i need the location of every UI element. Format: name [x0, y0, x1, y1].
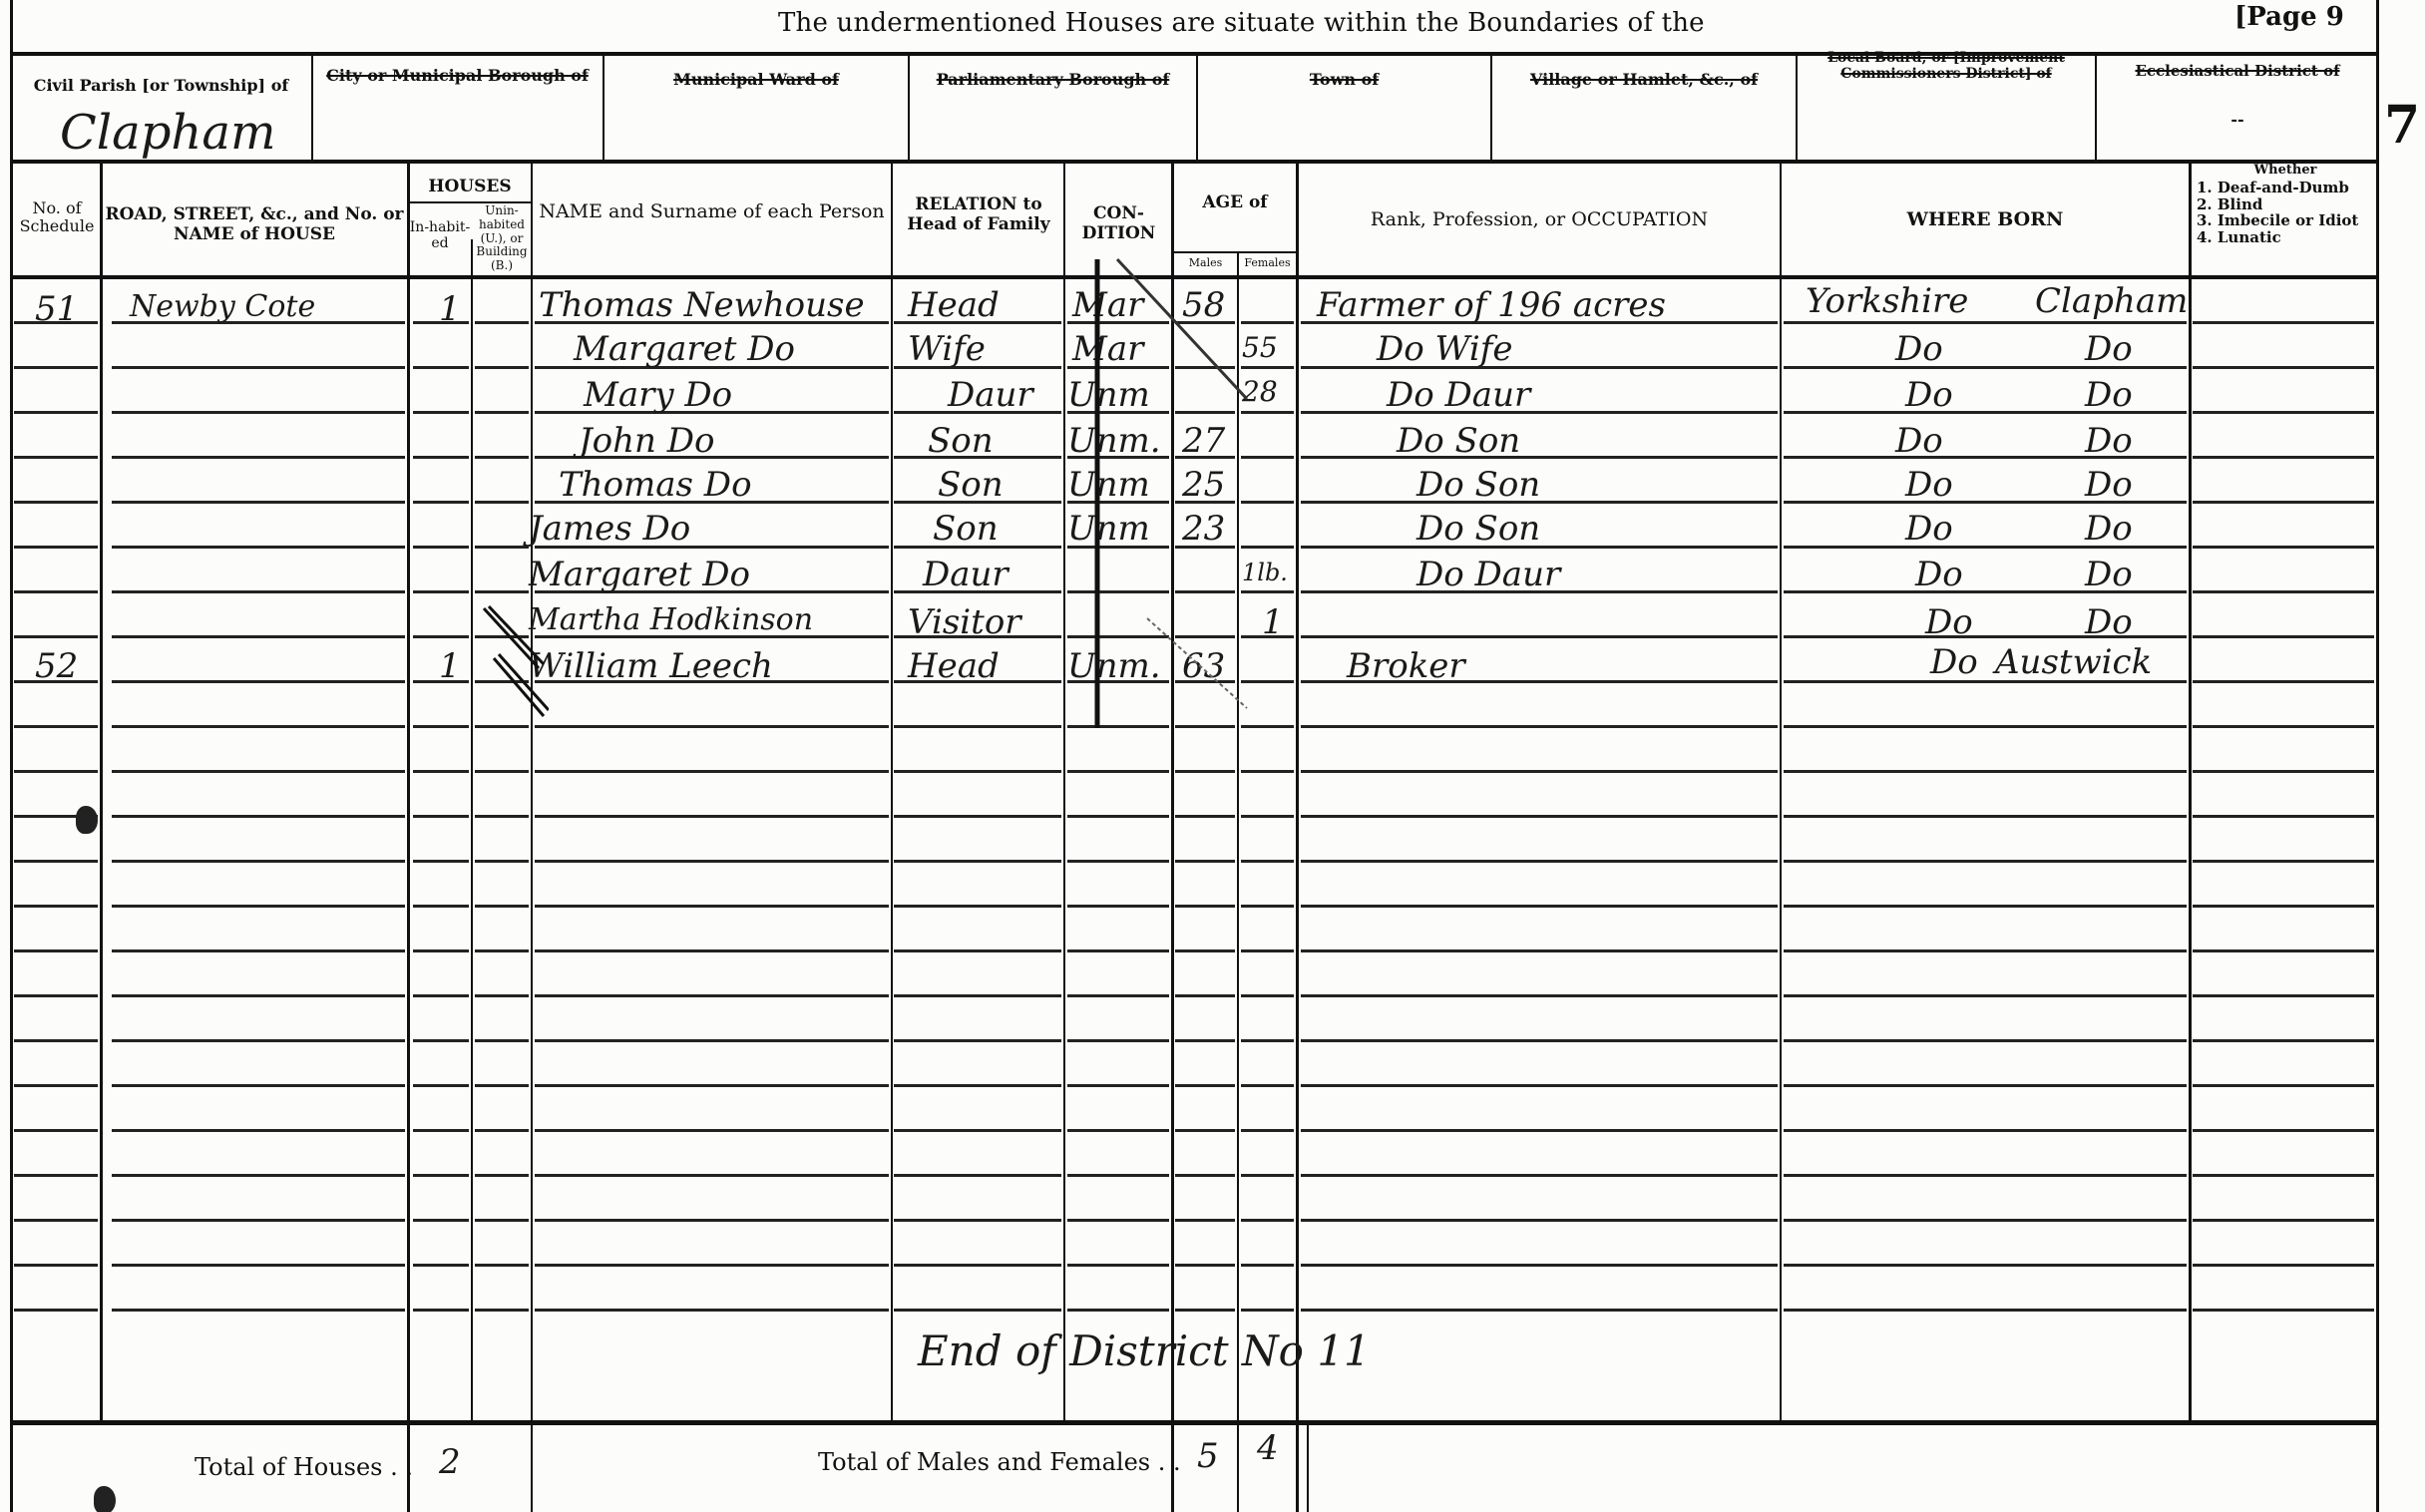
- row-rule: [1301, 366, 1778, 369]
- row-rule: [2193, 770, 2374, 773]
- row-rule: [1175, 994, 1235, 997]
- folio-number: 71: [2384, 95, 2425, 156]
- row-rule: [1175, 1174, 1235, 1177]
- row-rule: [2193, 635, 2374, 638]
- rule: [1296, 164, 1299, 1512]
- infirmity-option: 2. Blind: [2197, 196, 2381, 213]
- row-rule: [1067, 994, 1169, 997]
- row-rule: [894, 725, 1061, 728]
- row-rule: [413, 1084, 469, 1087]
- row-rule: [475, 546, 529, 549]
- row-rule: [14, 860, 98, 863]
- row-rule: [894, 1174, 1061, 1177]
- row-rule: [2193, 905, 2374, 908]
- row-rule: [2193, 546, 2374, 549]
- row-rule: [1301, 905, 1778, 908]
- rule: [311, 56, 313, 162]
- born-parish: Do: [2085, 329, 2133, 369]
- row-rule: [1175, 905, 1235, 908]
- rule: [2095, 56, 2097, 162]
- row-rule: [1241, 1039, 1294, 1042]
- row-rule: [1241, 1174, 1294, 1177]
- rule: [2189, 164, 2192, 1422]
- relation: Daur: [948, 375, 1033, 415]
- row-rule: [112, 635, 405, 638]
- rule: [1196, 56, 1198, 162]
- born-parish: Do: [2085, 555, 2133, 594]
- col-header-relation: RELATION to Head of Family: [894, 195, 1063, 234]
- row-rule: [1784, 815, 2187, 818]
- row-rule: [112, 1264, 405, 1267]
- person-name: Thomas Newhouse: [539, 285, 865, 325]
- total-houses-label: Total of Houses . .: [195, 1453, 413, 1481]
- row-rule: [475, 1129, 529, 1132]
- row-rule: [413, 994, 469, 997]
- row-rule: [1301, 725, 1778, 728]
- row-rule: [2193, 725, 2374, 728]
- inhabited-count: 1: [439, 646, 461, 686]
- row-rule: [112, 546, 405, 549]
- row-rule: [1067, 1219, 1169, 1222]
- row-rule: [14, 1219, 98, 1222]
- col-header-schedule: No. of Schedule: [14, 199, 100, 236]
- row-rule: [112, 815, 405, 818]
- row-rule: [112, 1129, 405, 1132]
- row-rule: [1784, 905, 2187, 908]
- row-rule: [535, 725, 889, 728]
- row-rule: [1784, 1084, 2187, 1087]
- col-header-road: ROAD, STREET, &c., and No. or NAME of HO…: [104, 205, 405, 244]
- ink-blot: [94, 1486, 116, 1512]
- row-rule: [1067, 1264, 1169, 1267]
- row-rule: [2193, 949, 2374, 952]
- rule: [908, 56, 910, 162]
- row-rule: [112, 590, 405, 593]
- rule: [1307, 1420, 1309, 1512]
- row-rule: [894, 1264, 1061, 1267]
- row-rule: [2193, 1174, 2374, 1177]
- occupation: Do Daur: [1387, 375, 1530, 415]
- row-rule: [2193, 501, 2374, 504]
- row-rule: [1301, 815, 1778, 818]
- row-rule: [2193, 815, 2374, 818]
- born-parish: Austwick: [1995, 642, 2152, 682]
- row-rule: [2193, 411, 2374, 414]
- row-rule: [894, 1219, 1061, 1222]
- born-parish: Do: [2085, 509, 2133, 549]
- occupation: Do Son: [1416, 509, 1540, 549]
- row-rule: [14, 1084, 98, 1087]
- row-rule: [112, 501, 405, 504]
- row-rule: [475, 1174, 529, 1177]
- row-rule: [1301, 994, 1778, 997]
- place-town-label: Town of: [1200, 70, 1488, 89]
- row-rule: [1784, 860, 2187, 863]
- infirmity-option: 3. Imbecile or Idiot: [2197, 212, 2381, 229]
- occupation: Broker: [1347, 646, 1465, 686]
- row-rule: [1784, 770, 2187, 773]
- row-rule: [2193, 1264, 2374, 1267]
- row-rule: [112, 770, 405, 773]
- born-county: Do: [1930, 642, 1978, 682]
- relation: Wife: [908, 329, 986, 369]
- row-rule: [2193, 1039, 2374, 1042]
- row-rule: [112, 366, 405, 369]
- row-rule: [1241, 1129, 1294, 1132]
- row-rule: [475, 1309, 529, 1312]
- row-rule: [112, 860, 405, 863]
- schedule-number: 52: [35, 646, 78, 686]
- row-rule: [1175, 1309, 1235, 1312]
- relation: Head: [908, 646, 1000, 686]
- total-females-value: 4: [1257, 1428, 1279, 1468]
- born-parish: Do: [2085, 465, 2133, 505]
- row-rule: [535, 949, 889, 952]
- row-rule: [894, 1129, 1061, 1132]
- row-rule: [475, 815, 529, 818]
- row-rule: [1241, 949, 1294, 952]
- row-rule: [894, 815, 1061, 818]
- infirmity-option: 1. Deaf-and-Dumb: [2197, 180, 2381, 196]
- row-rule: [1301, 949, 1778, 952]
- row-rule: [1784, 321, 2187, 324]
- occupation: Do Wife: [1377, 329, 1512, 369]
- col-header-occupation: Rank, Profession, or OCCUPATION: [1299, 209, 1780, 231]
- col-header-name: NAME and Surname of each Person: [535, 201, 889, 223]
- rule: [603, 56, 605, 162]
- row-rule: [1241, 905, 1294, 908]
- ink-blot: [76, 806, 98, 834]
- rule: [1796, 56, 1798, 162]
- rule: [10, 160, 2379, 164]
- total-males-value: 5: [1197, 1436, 1219, 1476]
- born-county: Do: [1905, 509, 1953, 549]
- row-rule: [1241, 770, 1294, 773]
- infirmity-option: 4. Lunatic: [2197, 229, 2381, 246]
- row-rule: [1301, 456, 1778, 459]
- census-page: The undermentioned Houses are situate wi…: [0, 0, 2425, 1512]
- row-rule: [535, 994, 889, 997]
- end-of-district-note: End of District No 11: [918, 1326, 1371, 1375]
- row-rule: [413, 905, 469, 908]
- place-civil-parish-value: Clapham: [60, 105, 275, 161]
- row-rule: [413, 770, 469, 773]
- schedule-number: 51: [35, 289, 78, 329]
- page-number: [Page 9: [2234, 2, 2344, 32]
- row-rule: [2193, 1219, 2374, 1222]
- rule: [1780, 164, 1782, 1422]
- rule: [407, 164, 410, 1512]
- row-rule: [475, 725, 529, 728]
- row-rule: [1067, 815, 1169, 818]
- row-rule: [112, 949, 405, 952]
- row-rule: [1067, 1309, 1169, 1312]
- row-rule: [894, 1084, 1061, 1087]
- row-rule: [1175, 1084, 1235, 1087]
- row-rule: [1301, 1084, 1778, 1087]
- row-rule: [2193, 321, 2374, 324]
- row-rule: [2193, 366, 2374, 369]
- row-rule: [413, 590, 469, 593]
- house-name: Newby Cote: [130, 289, 315, 324]
- row-rule: [112, 1219, 405, 1222]
- row-rule: [475, 411, 529, 414]
- row-rule: [1067, 905, 1169, 908]
- row-rule: [14, 546, 98, 549]
- row-rule: [1241, 1219, 1294, 1222]
- row-rule: [894, 770, 1061, 773]
- enumerator-check-marks: [1087, 239, 1287, 738]
- row-rule: [894, 994, 1061, 997]
- row-rule: [1301, 770, 1778, 773]
- row-rule: [535, 1084, 889, 1087]
- relation: Head: [908, 285, 1000, 325]
- row-rule: [112, 680, 405, 683]
- row-rule: [475, 905, 529, 908]
- row-rule: [475, 860, 529, 863]
- row-rule: [894, 1039, 1061, 1042]
- row-rule: [475, 456, 529, 459]
- row-rule: [14, 635, 98, 638]
- row-rule: [1301, 411, 1778, 414]
- row-rule: [475, 501, 529, 504]
- row-rule: [475, 321, 529, 324]
- born-parish: Do: [2085, 602, 2133, 642]
- row-rule: [1067, 860, 1169, 863]
- person-name: John Do: [579, 421, 714, 461]
- row-rule: [413, 1129, 469, 1132]
- row-rule: [1301, 1129, 1778, 1132]
- row-rule: [112, 411, 405, 414]
- row-rule: [1241, 994, 1294, 997]
- row-rule: [14, 1309, 98, 1312]
- row-rule: [413, 635, 469, 638]
- row-rule: [1067, 770, 1169, 773]
- row-rule: [1175, 949, 1235, 952]
- row-rule: [475, 1039, 529, 1042]
- born-parish: Do: [2085, 375, 2133, 415]
- row-rule: [1784, 725, 2187, 728]
- row-rule: [413, 1264, 469, 1267]
- row-rule: [413, 1039, 469, 1042]
- col-header-where-born: WHERE BORN: [1782, 209, 2189, 231]
- row-rule: [475, 590, 529, 593]
- row-rule: [1301, 1039, 1778, 1042]
- person-name: Mary Do: [584, 375, 732, 415]
- row-rule: [112, 456, 405, 459]
- row-rule: [413, 366, 469, 369]
- household-separator-marks: [479, 598, 549, 718]
- rule: [100, 164, 103, 1422]
- born-county: Do: [1915, 555, 1963, 594]
- occupation: Farmer of 196 acres: [1317, 285, 1666, 325]
- row-rule: [2193, 680, 2374, 683]
- row-rule: [1784, 1309, 2187, 1312]
- row-rule: [14, 770, 98, 773]
- row-rule: [535, 860, 889, 863]
- row-rule: [413, 725, 469, 728]
- rule: [10, 1420, 2379, 1425]
- occupation: Do Son: [1416, 465, 1540, 505]
- row-rule: [14, 905, 98, 908]
- row-rule: [2193, 590, 2374, 593]
- row-rule: [1241, 860, 1294, 863]
- row-rule: [413, 456, 469, 459]
- row-rule: [1067, 1174, 1169, 1177]
- inhabited-count: 1: [439, 289, 461, 329]
- row-rule: [14, 590, 98, 593]
- born-parish: Clapham: [2035, 281, 2188, 321]
- row-rule: [112, 1174, 405, 1177]
- row-rule: [1175, 815, 1235, 818]
- row-rule: [112, 725, 405, 728]
- place-civil-parish-label: Civil Parish [or Township] of: [14, 76, 308, 95]
- row-rule: [1241, 1309, 1294, 1312]
- relation: Visitor: [908, 602, 1021, 642]
- row-rule: [1067, 1039, 1169, 1042]
- row-rule: [1175, 860, 1235, 863]
- row-rule: [413, 1309, 469, 1312]
- row-rule: [1175, 1129, 1235, 1132]
- row-rule: [535, 1039, 889, 1042]
- col-header-infirmity-title: Whether: [2192, 164, 2379, 179]
- row-rule: [413, 411, 469, 414]
- row-rule: [14, 366, 98, 369]
- place-village-label: Village or Hamlet, &c., of: [1494, 70, 1794, 89]
- col-header-inhabited: In-habit-ed: [409, 219, 471, 251]
- col-header-condition: CON-DITION: [1066, 204, 1171, 243]
- row-rule: [1784, 1219, 2187, 1222]
- row-rule: [475, 1264, 529, 1267]
- relation: Daur: [923, 555, 1009, 594]
- row-rule: [475, 949, 529, 952]
- row-rule: [413, 501, 469, 504]
- person-name: Thomas Do: [559, 465, 752, 505]
- row-rule: [14, 1264, 98, 1267]
- rule: [471, 239, 473, 1422]
- place-local-board-label: Local Board, or [Improvement Commissione…: [1800, 50, 2093, 82]
- row-rule: [14, 411, 98, 414]
- row-rule: [2193, 456, 2374, 459]
- row-rule: [413, 815, 469, 818]
- row-rule: [1301, 1264, 1778, 1267]
- row-rule: [112, 1309, 405, 1312]
- row-rule: [535, 1219, 889, 1222]
- row-rule: [1301, 1309, 1778, 1312]
- born-county: Do: [1925, 602, 1973, 642]
- row-rule: [535, 1174, 889, 1177]
- born-county: Do: [1895, 329, 1943, 369]
- rule: [1490, 56, 1492, 162]
- row-rule: [14, 994, 98, 997]
- row-rule: [1067, 949, 1169, 952]
- born-county: Do: [1905, 375, 1953, 415]
- row-rule: [1784, 994, 2187, 997]
- row-rule: [1241, 1084, 1294, 1087]
- row-rule: [1784, 1039, 2187, 1042]
- rule: [531, 164, 533, 1512]
- row-rule: [475, 366, 529, 369]
- row-rule: [413, 949, 469, 952]
- row-rule: [413, 1174, 469, 1177]
- row-rule: [112, 994, 405, 997]
- row-rule: [1175, 1039, 1235, 1042]
- row-rule: [1241, 815, 1294, 818]
- place-ecclesiastical-label: Ecclesiastical District of: [2099, 62, 2376, 80]
- row-rule: [1175, 770, 1235, 773]
- row-rule: [475, 1219, 529, 1222]
- row-rule: [535, 905, 889, 908]
- row-rule: [112, 905, 405, 908]
- row-rule: [475, 1084, 529, 1087]
- relation: Son: [933, 509, 999, 549]
- row-rule: [413, 546, 469, 549]
- row-rule: [1301, 635, 1778, 638]
- row-rule: [2193, 1309, 2374, 1312]
- col-header-infirmity-list: 1. Deaf-and-Dumb 2. Blind 3. Imbecile or…: [2197, 180, 2381, 245]
- person-name: James Do: [529, 509, 690, 549]
- born-parish: Do: [2085, 421, 2133, 461]
- total-houses-value: 2: [439, 1442, 461, 1482]
- row-rule: [2193, 994, 2374, 997]
- row-rule: [1175, 1219, 1235, 1222]
- row-rule: [1784, 1129, 2187, 1132]
- relation: Son: [938, 465, 1004, 505]
- row-rule: [14, 1039, 98, 1042]
- row-rule: [1067, 1129, 1169, 1132]
- row-rule: [535, 1129, 889, 1132]
- row-rule: [1241, 1264, 1294, 1267]
- row-rule: [1175, 1264, 1235, 1267]
- row-rule: [535, 1309, 889, 1312]
- person-name: Margaret Do: [574, 329, 795, 369]
- row-rule: [14, 725, 98, 728]
- total-persons-label: Total of Males and Females . .: [818, 1448, 1181, 1476]
- row-rule: [2193, 1084, 2374, 1087]
- row-rule: [413, 860, 469, 863]
- row-rule: [535, 770, 889, 773]
- row-rule: [112, 1084, 405, 1087]
- col-header-uninhabited: Unin-habited (U.), or Building (B.): [473, 204, 531, 273]
- person-name: Martha Hodkinson: [529, 602, 813, 637]
- row-rule: [112, 1039, 405, 1042]
- row-rule: [1784, 949, 2187, 952]
- place-municipal-ward-label: Municipal Ward of: [606, 70, 906, 89]
- place-parliamentary-borough-label: Parliamentary Borough of: [912, 70, 1194, 89]
- born-county: Yorkshire: [1806, 281, 1968, 321]
- row-rule: [535, 1264, 889, 1267]
- row-rule: [14, 501, 98, 504]
- row-rule: [2193, 860, 2374, 863]
- occupation: Do Son: [1397, 421, 1520, 461]
- born-county: Do: [1905, 465, 1953, 505]
- row-rule: [535, 815, 889, 818]
- occupation: Do Daur: [1416, 555, 1560, 594]
- row-rule: [14, 949, 98, 952]
- page-title: The undermentioned Houses are situate wi…: [778, 8, 1705, 38]
- row-rule: [1301, 1174, 1778, 1177]
- row-rule: [2193, 1129, 2374, 1132]
- row-rule: [475, 994, 529, 997]
- row-rule: [413, 1219, 469, 1222]
- row-rule: [1784, 1264, 2187, 1267]
- row-rule: [894, 905, 1061, 908]
- relation: Son: [928, 421, 994, 461]
- row-rule: [1067, 1084, 1169, 1087]
- row-rule: [894, 860, 1061, 863]
- place-municipal-borough-label: City or Municipal Borough of: [315, 66, 600, 85]
- col-header-age: AGE of: [1174, 193, 1296, 213]
